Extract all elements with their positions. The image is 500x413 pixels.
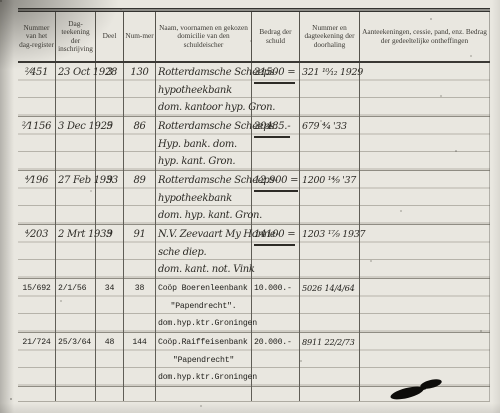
empty-cell [18,387,56,401]
cell-register-number: ²⁄1156 [18,117,56,171]
cell-inschrijving-date: 25/3/64 [56,333,96,387]
cell-doorhaling: 321 ¹⁰⁄₁₂ 1929 [300,63,360,117]
cell-naam: Rotterdamsche Scheeps. Hyp. bank. dom. h… [156,117,252,171]
header-dagteekening: Dag-teekening der inschrijving [56,12,96,61]
cell-bedrag: 14100 = [252,225,300,279]
header-doorhaling: Nummer en dagteekening der doorhaling [300,12,360,61]
naam-line: N.V. Zeevaart My Honne- [158,226,249,244]
cell-nummer: 130 [124,63,156,117]
naam-line: hypotheekbank [158,82,249,100]
cell-bedrag: 10.000.- [252,279,300,333]
bedrag-value: 10.000.- [254,280,292,298]
cell-doorhaling: 8911 22/2/73 [300,333,360,387]
naam-line: sche diep. [158,244,249,262]
cell-naam: Coöp Boerenleenbank "Papendrecht". dom.h… [156,279,252,333]
cell-deel: 5 [96,117,124,171]
cell-doorhaling: 679 ⁴⁄₄ '33 [300,117,360,171]
empty-cell [96,387,124,401]
cell-doorhaling: 5026 14/4/64 [300,279,360,333]
cell-naam: Rotterdamsche Scheeps- hypotheekbank dom… [156,63,252,117]
table-row: 15/692 2/1/56 34 38 Coöp Boerenleenbank … [18,279,490,333]
cell-inschrijving-date: 2 Mrt 1933 [56,225,96,279]
cell-inschrijving-date: 27 Feb 1933 [56,171,96,225]
table-header-row: Nummer van het dag-register Dag-teekenin… [18,12,490,63]
naam-line: dom. hyp. kant. Gron. [158,207,249,225]
cell-deel: 34 [96,279,124,333]
cell-register-number: ⁴⁄196 [18,171,56,225]
header-nummer: Num-mer [124,12,156,61]
header-aanteekeningen: Aanteekeningen, cessie, pand, enz. Bedra… [360,12,490,61]
cell-inschrijving-date: 2/1/56 [56,279,96,333]
empty-cell [56,387,96,401]
cell-nummer: 91 [124,225,156,279]
cell-naam: Coöp.Raiffeisenbank "Papendrecht" dom.hy… [156,333,252,387]
cell-aanteekeningen [360,225,490,279]
empty-cell [124,387,156,401]
naam-line: Rotterdamsche Scheeps- [158,172,249,190]
table-row: ²⁄1156 3 Dec 1929 5 86 Rotterdamsche Sch… [18,117,490,171]
cell-bedrag: 20485.- [252,117,300,171]
cell-aanteekeningen [360,171,490,225]
empty-cell [252,387,300,401]
naam-line: Rotterdamsche Scheeps. [158,118,249,136]
bedrag-value: 12.900 = [254,172,298,192]
hypotheek-register-table: Nummer van het dag-register Dag-teekenin… [18,8,490,402]
cell-aanteekeningen [360,63,490,117]
naam-line: Hyp. bank. dom. [158,136,249,154]
cell-bedrag: 20.000.- [252,333,300,387]
empty-cell [300,387,360,401]
cell-deel: 9 [96,171,124,225]
cell-register-number: ²⁄451 [18,63,56,117]
cell-deel: 3 [96,63,124,117]
naam-line: Coöp Boerenleenbank [158,280,249,298]
cell-inschrijving-date: 23 Oct 1928 [56,63,96,117]
cell-aanteekeningen [360,117,490,171]
cell-deel: 9 [96,225,124,279]
cell-nummer: 89 [124,171,156,225]
naam-line: dom. kant. not. Vink [158,261,249,279]
naam-line: hyp. kant. Gron. [158,153,249,171]
empty-cell [156,387,252,401]
bedrag-value: 20485.- [254,118,290,138]
cell-register-number: 15/692 [18,279,56,333]
cell-doorhaling: 1200 ¹⁴⁄₉ '37 [300,171,360,225]
cell-inschrijving-date: 3 Dec 1929 [56,117,96,171]
cell-aanteekeningen [360,279,490,333]
table-row: ⁴⁄196 27 Feb 1933 9 89 Rotterdamsche Sch… [18,171,490,225]
header-dagregister-nummer: Nummer van het dag-register [18,12,56,61]
cell-nummer: 86 [124,117,156,171]
table-row: ⁴⁄203 2 Mrt 1933 9 91 N.V. Zeevaart My H… [18,225,490,279]
naam-line: "Papendrecht". [158,298,249,316]
cell-nummer: 38 [124,279,156,333]
header-naam-schuldeischer: Naam, voornamen en gekozen domicilie van… [156,12,252,61]
cell-naam: Rotterdamsche Scheeps- hypotheekbank dom… [156,171,252,225]
cell-bedrag: 21500 = [252,63,300,117]
bedrag-value: 14100 = [254,226,295,246]
naam-line: Rotterdamsche Scheeps- [158,64,249,82]
naam-line: "Papendrecht" [158,352,249,370]
bedrag-value: 21500 = [254,64,295,84]
naam-line: dom.hyp.ktr.Groningen [158,315,249,333]
cell-bedrag: 12.900 = [252,171,300,225]
cell-register-number: 21/724 [18,333,56,387]
table-row: ²⁄451 23 Oct 1928 3 130 Rotterdamsche Sc… [18,63,490,117]
ink-stain [388,376,448,404]
cell-naam: N.V. Zeevaart My Honne- sche diep. dom. … [156,225,252,279]
naam-line: hypotheekbank [158,190,249,208]
header-bedrag-schuld: Bedrag der schuld [252,12,300,61]
naam-line: dom. kantoor hyp. Gron. [158,99,249,117]
naam-line: dom.hyp.ktr.Groningen [158,369,249,387]
naam-line: Coöp.Raiffeisenbank [158,334,249,352]
cell-register-number: ⁴⁄203 [18,225,56,279]
paper-specks [0,0,2,2]
cell-deel: 48 [96,333,124,387]
bedrag-value: 20.000.- [254,334,292,352]
header-deel: Deel [96,12,124,61]
cell-nummer: 144 [124,333,156,387]
register-page: Nummer van het dag-register Dag-teekenin… [0,0,500,413]
cell-doorhaling: 1203 ¹⁷⁄₉ 1937 [300,225,360,279]
